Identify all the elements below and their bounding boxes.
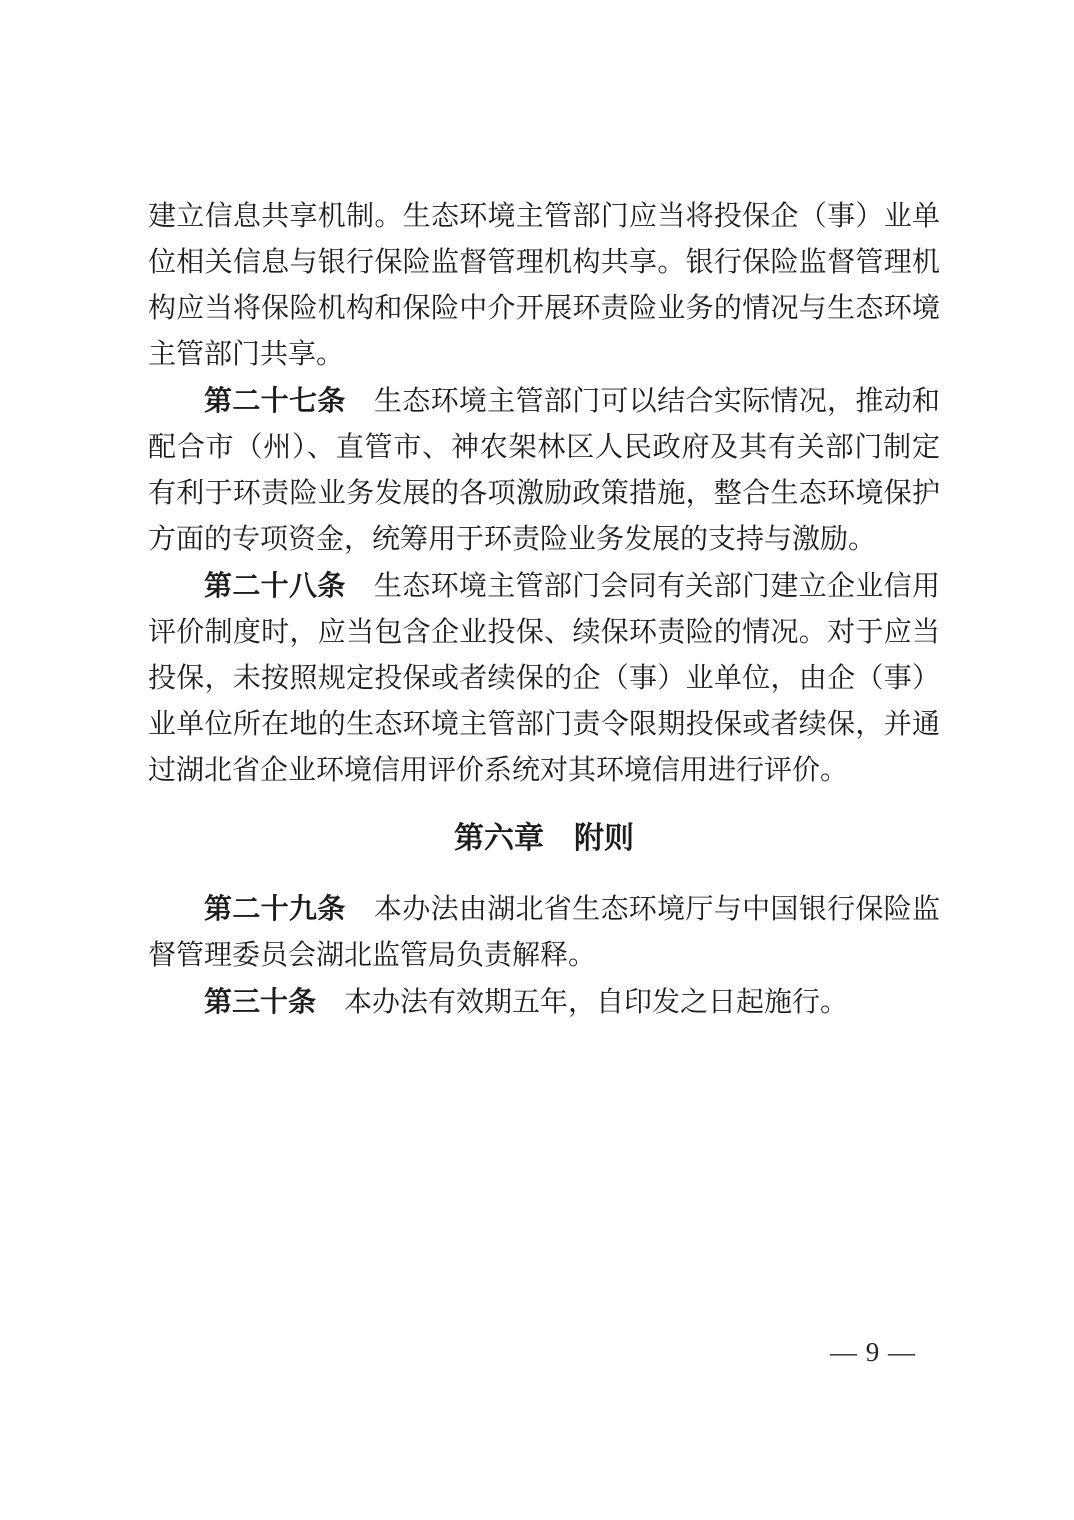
paragraph-continuation: 建立信息共享机制。生态环境主管部门应当将投保企（事）业单位相关信息与银行保险监督… — [148, 194, 940, 378]
article-27: 第二十七条 生态环境主管部门可以结合实际情况，推动和配合市（州）、直管市、神农架… — [148, 378, 940, 563]
article-28: 第二十八条 生态环境主管部门会同有关部门建立企业信用评价制度时，应当包含企业投保… — [148, 563, 940, 794]
document-body: 建立信息共享机制。生态环境主管部门应当将投保企（事）业单位相关信息与银行保险监督… — [148, 194, 940, 1026]
article-28-label: 第二十八条 — [204, 570, 346, 601]
article-30-label: 第三十条 — [204, 986, 316, 1017]
document-page: 建立信息共享机制。生态环境主管部门应当将投保企（事）业单位相关信息与银行保险监督… — [0, 0, 1074, 1520]
article-29-label: 第二十九条 — [204, 893, 346, 924]
chapter-6-heading: 第六章 附则 — [148, 816, 940, 862]
article-29: 第二十九条 本办法由湖北省生态环境厅与中国银行保险监督管理委员会湖北监管局负责解… — [148, 886, 940, 979]
article-30-text: 本办法有效期五年，自印发之日起施行。 — [316, 987, 848, 1018]
article-27-label: 第二十七条 — [204, 385, 346, 416]
article-30: 第三十条 本办法有效期五年，自印发之日起施行。 — [148, 979, 940, 1026]
page-number: — 9 — — [830, 1337, 916, 1367]
article-28-text: 生态环境主管部门会同有关部门建立企业信用评价制度时，应当包含企业投保、续保环责险… — [148, 571, 940, 786]
